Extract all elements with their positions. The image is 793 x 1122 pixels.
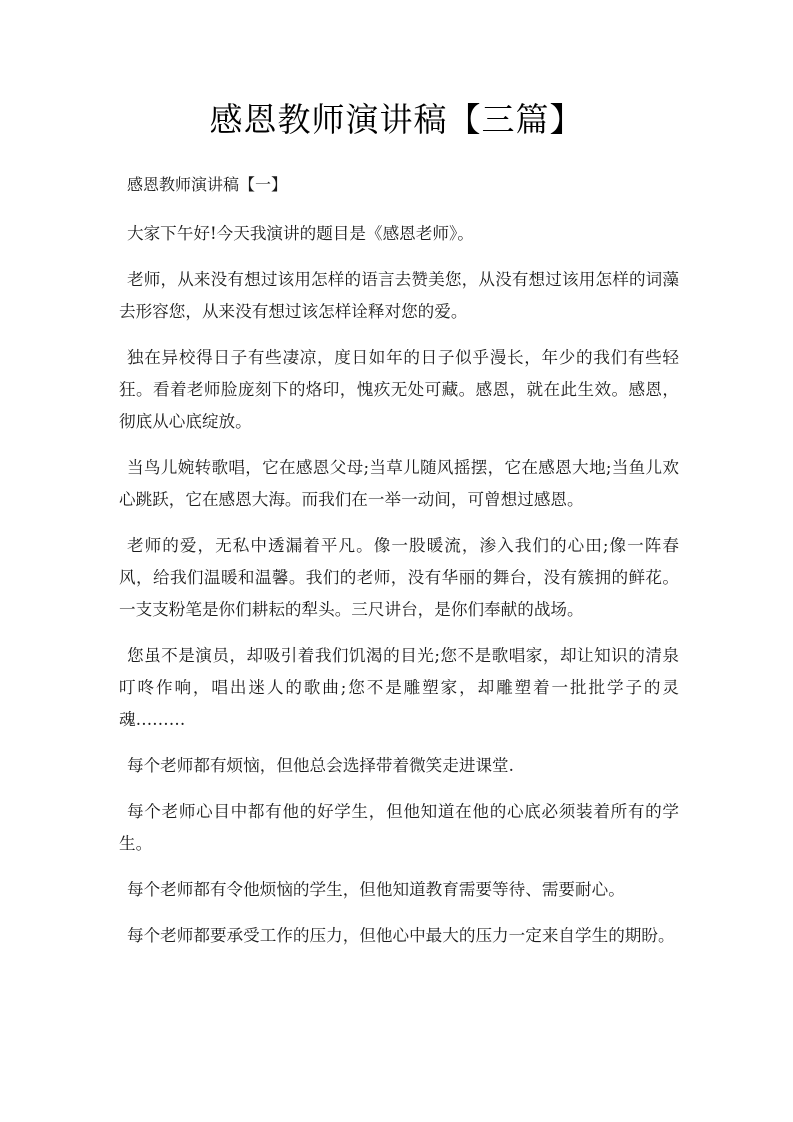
paragraph: 每个老师都要承受工作的压力，但他心中最大的压力一定来自学生的期盼。 xyxy=(119,920,679,952)
paragraph: 老师，从来没有想过该用怎样的语言去赞美您，从没有想过该用怎样的词藻去形容您，从来… xyxy=(119,264,679,328)
section-heading: 感恩教师演讲稿【一】 xyxy=(127,170,679,200)
paragraph: 每个老师心目中都有他的好学生，但他知道在他的心底必须装着所有的学生。 xyxy=(119,796,679,860)
paragraph: 每个老师都有令他烦恼的学生，但他知道教育需要等待、需要耐心。 xyxy=(119,874,679,906)
paragraph: 当鸟儿婉转歌唱，它在感恩父母;当草儿随风摇摆，它在感恩大地;当鱼儿欢心跳跃，它在… xyxy=(119,452,679,516)
document-body: 感恩教师演讲稿【一】 大家下午好!今天我演讲的题目是《感恩老师》。 老师，从来没… xyxy=(119,170,679,966)
document-page: 感恩教师演讲稿【三篇】 感恩教师演讲稿【一】 大家下午好!今天我演讲的题目是《感… xyxy=(0,0,793,1122)
paragraph: 每个老师都有烦恼，但他总会选择带着微笑走进课堂. xyxy=(119,750,679,782)
paragraph: 老师的爱，无私中透漏着平凡。像一股暖流，渗入我们的心田;像一阵春风，给我们温暖和… xyxy=(119,530,679,626)
paragraph: 您虽不是演员，却吸引着我们饥渴的目光;您不是歌唱家，却让知识的清泉叮咚作响，唱出… xyxy=(119,640,679,736)
document-title: 感恩教师演讲稿【三篇】 xyxy=(0,98,793,142)
paragraph: 大家下午好!今天我演讲的题目是《感恩老师》。 xyxy=(119,218,679,250)
paragraph: 独在异校得日子有些凄凉，度日如年的日子似乎漫长，年少的我们有些轻狂。看着老师脸庞… xyxy=(119,342,679,438)
